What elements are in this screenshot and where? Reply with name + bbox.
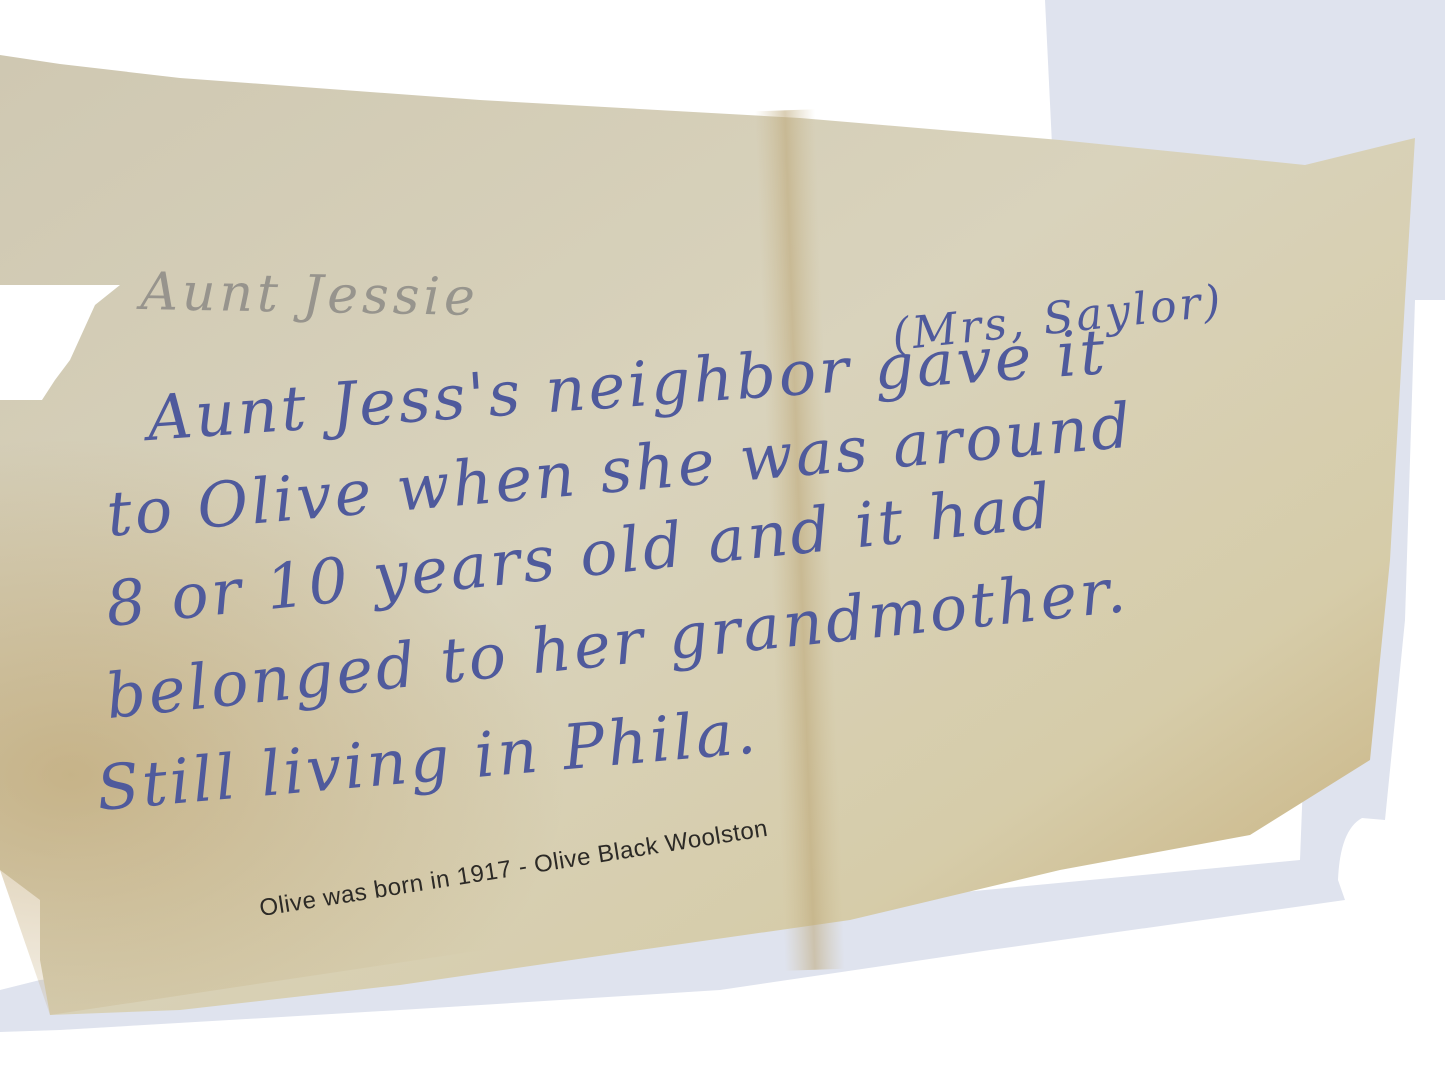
pencil-heading: Aunt Jessie [140, 262, 479, 328]
photo-of-note: Aunt Jessie (Mrs, Saylor) Aunt Jess's ne… [0, 0, 1445, 1084]
